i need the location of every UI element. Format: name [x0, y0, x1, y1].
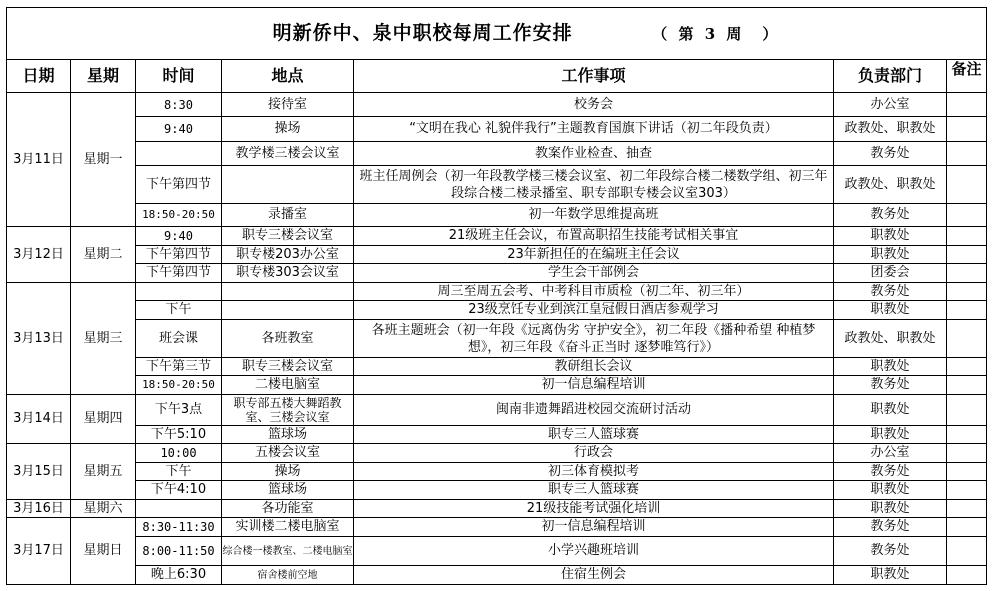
place-cell: 各班教室 [222, 320, 354, 358]
table-row: 下午 23级烹饪专业到滨江皇冠假日酒店参观学习 职教处 [7, 301, 987, 320]
time-cell: 9:40 [136, 117, 222, 142]
dept-cell: 政教处、职教处 [834, 166, 947, 204]
time-cell: 下午 [136, 301, 222, 320]
table-row: 下午4:10 篮球场 职专三人篮球赛 职教处 [7, 481, 987, 500]
title-week: （ 第 3 周 ） [652, 26, 780, 42]
dept-cell: 职教处 [834, 227, 947, 246]
remark-cell [947, 518, 987, 537]
dept-cell: 职教处 [834, 500, 947, 518]
dept-cell: 职教处 [834, 301, 947, 320]
place-cell: 职专楼203办公室 [222, 246, 354, 264]
time-cell: 8:00-11:50 [136, 537, 222, 566]
place-cell: 操场 [222, 117, 354, 142]
dept-cell: 团委会 [834, 264, 947, 283]
date-cell: 3月15日 [7, 444, 71, 500]
place-cell: 各功能室 [222, 500, 354, 518]
place-cell: 职专三楼会议室 [222, 227, 354, 246]
header-task: 工作事项 [354, 60, 834, 93]
place-cell: 实训楼二楼电脑室 [222, 518, 354, 537]
header-row: 日期 星期 时间 地点 工作事项 负责部门 备注 [7, 60, 987, 93]
task-cell: 周三至周五会考、中考科目市质检（初二年、初三年） [354, 283, 834, 301]
dept-cell: 教务处 [834, 283, 947, 301]
place-cell: 接待室 [222, 93, 354, 117]
task-cell: 初一信息编程培训 [354, 518, 834, 537]
task-cell: 闽南非遗舞蹈进校园交流研讨活动 [354, 395, 834, 426]
weekday-cell: 星期五 [71, 444, 136, 500]
header-time: 时间 [136, 60, 222, 93]
place-cell: 篮球场 [222, 481, 354, 500]
dept-cell: 职教处 [834, 395, 947, 426]
dept-cell: 教务处 [834, 518, 947, 537]
table-row: 3月16日 星期六 各功能室 21级技能考试强化培训 职教处 [7, 500, 987, 518]
task-cell: 学生会干部例会 [354, 264, 834, 283]
dept-cell: 职教处 [834, 481, 947, 500]
remark-cell [947, 204, 987, 227]
place-cell [222, 283, 354, 301]
dept-cell: 教务处 [834, 142, 947, 166]
time-cell: 班会课 [136, 320, 222, 358]
table-row: 8:00-11:50 综合楼一楼教室、二楼电脑室 小学兴趣班培训 教务处 [7, 537, 987, 566]
time-cell [136, 283, 222, 301]
header-date: 日期 [7, 60, 71, 93]
dept-cell: 职教处 [834, 358, 947, 376]
task-cell: 21级技能考试强化培训 [354, 500, 834, 518]
task-cell: 各班主题班会（初一年段《远离伪劣 守护安全》，初二年段《播种希望 种植梦想》，初… [354, 320, 834, 358]
header-weekday: 星期 [71, 60, 136, 93]
weekday-cell: 星期六 [71, 500, 136, 518]
time-cell: 18:50-20:50 [136, 204, 222, 227]
time-cell: 下午第四节 [136, 166, 222, 204]
remark-cell [947, 264, 987, 283]
time-cell: 下午第四节 [136, 246, 222, 264]
remark-cell [947, 227, 987, 246]
remark-cell [947, 566, 987, 585]
place-cell: 宿舍楼前空地 [222, 566, 354, 585]
remark-cell [947, 463, 987, 481]
task-cell: 初一信息编程培训 [354, 376, 834, 395]
header-remark: 备注 [947, 60, 987, 93]
table-row: 下午5:10 篮球场 职专三人篮球赛 职教处 [7, 426, 987, 444]
weekday-cell: 星期三 [71, 283, 136, 395]
task-cell: 小学兴趣班培训 [354, 537, 834, 566]
time-cell: 下午3点 [136, 395, 222, 426]
time-cell: 8:30 [136, 93, 222, 117]
task-cell: 初一年数学思维提高班 [354, 204, 834, 227]
remark-cell [947, 142, 987, 166]
header-place: 地点 [222, 60, 354, 93]
dept-cell: 职教处 [834, 246, 947, 264]
time-cell: 下午 [136, 463, 222, 481]
table-row: 3月12日 星期二 9:40 职专三楼会议室 21级班主任会议，布置高职招生技能… [7, 227, 987, 246]
task-cell: 教案作业检查、抽查 [354, 142, 834, 166]
table-row: 3月11日 星期一 8:30 接待室 校务会 办公室 [7, 93, 987, 117]
place-cell: 职专三楼会议室 [222, 358, 354, 376]
task-cell: 职专三人篮球赛 [354, 481, 834, 500]
table-row: 晚上6:30 宿舍楼前空地 住宿生例会 职教处 [7, 566, 987, 585]
place-cell: 职专楼303会议室 [222, 264, 354, 283]
place-cell: 职专部五楼大舞蹈教室、三楼会议室 [222, 395, 354, 426]
table-row: 3月15日 星期五 10:00 五楼会议室 行政会 办公室 [7, 444, 987, 463]
remark-cell [947, 358, 987, 376]
weekly-schedule-sheet: 明新侨中、泉中职校每周工作安排 （ 第 3 周 ） 日期 星期 时间 地点 工作… [6, 7, 986, 585]
task-cell: 23年新担任的在编班主任会议 [354, 246, 834, 264]
task-cell: “文明在我心 礼貌伴我行”主题教育国旗下讲话（初二年段负责） [354, 117, 834, 142]
date-cell: 3月12日 [7, 227, 71, 283]
remark-cell [947, 395, 987, 426]
table-row: 18:50-20:50 录播室 初一年数学思维提高班 教务处 [7, 204, 987, 227]
date-cell: 3月16日 [7, 500, 71, 518]
place-cell: 录播室 [222, 204, 354, 227]
place-cell: 五楼会议室 [222, 444, 354, 463]
task-cell: 23级烹饪专业到滨江皇冠假日酒店参观学习 [354, 301, 834, 320]
table-row: 3月17日 星期日 8:30-11:30 实训楼二楼电脑室 初一信息编程培训 教… [7, 518, 987, 537]
remark-cell [947, 481, 987, 500]
dept-cell: 政教处、职教处 [834, 320, 947, 358]
task-cell: 班主任周例会（初一年段教学楼三楼会议室、初二年段综合楼二楼数学组、初三年段综合楼… [354, 166, 834, 204]
remark-cell [947, 537, 987, 566]
time-cell: 8:30-11:30 [136, 518, 222, 537]
remark-cell [947, 301, 987, 320]
date-cell: 3月11日 [7, 93, 71, 227]
time-cell: 下午第三节 [136, 358, 222, 376]
time-cell: 10:00 [136, 444, 222, 463]
remark-cell [947, 117, 987, 142]
table-row: 下午第四节 职专楼203办公室 23年新担任的在编班主任会议 职教处 [7, 246, 987, 264]
dept-cell: 政教处、职教处 [834, 117, 947, 142]
time-cell [136, 142, 222, 166]
remark-cell [947, 376, 987, 395]
title-row: 明新侨中、泉中职校每周工作安排 （ 第 3 周 ） [7, 8, 987, 60]
dept-cell: 办公室 [834, 93, 947, 117]
weekday-cell: 星期四 [71, 395, 136, 444]
weekday-cell: 星期二 [71, 227, 136, 283]
remark-cell [947, 93, 987, 117]
table-row: 3月13日 星期三 周三至周五会考、中考科目市质检（初二年、初三年） 教务处 [7, 283, 987, 301]
time-cell: 9:40 [136, 227, 222, 246]
dept-cell: 办公室 [834, 444, 947, 463]
title-main: 明新侨中、泉中职校每周工作安排 [273, 25, 573, 41]
date-cell: 3月17日 [7, 518, 71, 585]
page-title: 明新侨中、泉中职校每周工作安排 （ 第 3 周 ） [7, 8, 987, 60]
remark-cell [947, 426, 987, 444]
dept-cell: 教务处 [834, 463, 947, 481]
time-cell [136, 500, 222, 518]
table-row: 18:50-20:50 二楼电脑室 初一信息编程培训 教务处 [7, 376, 987, 395]
header-dept: 负责部门 [834, 60, 947, 93]
dept-cell: 教务处 [834, 376, 947, 395]
time-cell: 18:50-20:50 [136, 376, 222, 395]
place-cell: 综合楼一楼教室、二楼电脑室 [222, 537, 354, 566]
place-cell: 操场 [222, 463, 354, 481]
task-cell: 21级班主任会议，布置高职招生技能考试相关事宜 [354, 227, 834, 246]
date-cell: 3月14日 [7, 395, 71, 444]
remark-cell [947, 444, 987, 463]
time-cell: 下午4:10 [136, 481, 222, 500]
schedule-table: 明新侨中、泉中职校每周工作安排 （ 第 3 周 ） 日期 星期 时间 地点 工作… [6, 7, 987, 585]
task-cell: 教研组长会议 [354, 358, 834, 376]
remark-cell [947, 500, 987, 518]
table-row: 下午第四节 职专楼303会议室 学生会干部例会 团委会 [7, 264, 987, 283]
place-cell: 教学楼三楼会议室 [222, 142, 354, 166]
time-cell: 晚上6:30 [136, 566, 222, 585]
dept-cell: 教务处 [834, 204, 947, 227]
remark-cell [947, 166, 987, 204]
task-cell: 校务会 [354, 93, 834, 117]
table-row: 3月14日 星期四 下午3点 职专部五楼大舞蹈教室、三楼会议室 闽南非遗舞蹈进校… [7, 395, 987, 426]
task-cell: 职专三人篮球赛 [354, 426, 834, 444]
remark-cell [947, 246, 987, 264]
weekday-cell: 星期一 [71, 93, 136, 227]
place-cell [222, 166, 354, 204]
task-cell: 初三体育模拟考 [354, 463, 834, 481]
place-cell [222, 301, 354, 320]
table-row: 教学楼三楼会议室 教案作业检查、抽查 教务处 [7, 142, 987, 166]
dept-cell: 职教处 [834, 566, 947, 585]
table-row: 下午 操场 初三体育模拟考 教务处 [7, 463, 987, 481]
place-cell: 篮球场 [222, 426, 354, 444]
weekday-cell: 星期日 [71, 518, 136, 585]
table-row: 9:40 操场 “文明在我心 礼貌伴我行”主题教育国旗下讲话（初二年段负责） 政… [7, 117, 987, 142]
time-cell: 下午第四节 [136, 264, 222, 283]
dept-cell: 职教处 [834, 426, 947, 444]
table-row: 下午第三节 职专三楼会议室 教研组长会议 职教处 [7, 358, 987, 376]
dept-cell: 教务处 [834, 537, 947, 566]
remark-cell [947, 320, 987, 358]
date-cell: 3月13日 [7, 283, 71, 395]
place-cell: 二楼电脑室 [222, 376, 354, 395]
time-cell: 下午5:10 [136, 426, 222, 444]
task-cell: 行政会 [354, 444, 834, 463]
table-row: 班会课 各班教室 各班主题班会（初一年段《远离伪劣 守护安全》，初二年段《播种希… [7, 320, 987, 358]
remark-cell [947, 283, 987, 301]
table-row: 下午第四节 班主任周例会（初一年段教学楼三楼会议室、初二年段综合楼二楼数学组、初… [7, 166, 987, 204]
task-cell: 住宿生例会 [354, 566, 834, 585]
